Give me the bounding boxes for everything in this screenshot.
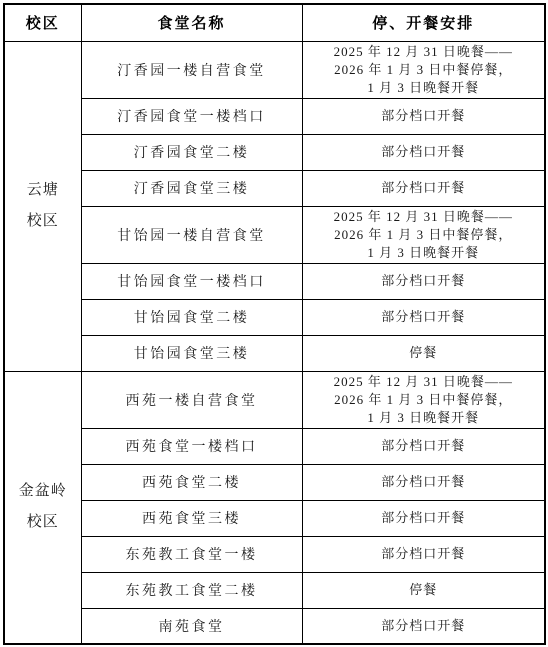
schedule-text: 2025 年 12 月 31 日晚餐——: [303, 43, 545, 61]
schedule-text: 部分档口开餐: [303, 107, 545, 125]
canteen-name: 汀香园食堂二楼: [81, 134, 302, 170]
canteen-name: 东苑教工食堂二楼: [81, 572, 302, 608]
table-row: 东苑教工食堂一楼 部分档口开餐: [4, 536, 545, 572]
canteen-name: 甘饴园食堂二楼: [81, 299, 302, 335]
campus-name-line: 校区: [5, 507, 81, 538]
canteen-name: 西苑食堂二楼: [81, 464, 302, 500]
canteen-schedule-table: 校区 食堂名称 停、开餐安排 云塘 校区 汀香园一楼自营食堂 2025 年 12…: [3, 3, 546, 645]
schedule-text: 部分档口开餐: [303, 509, 545, 527]
table-row: 甘饴园一楼自营食堂 2025 年 12 月 31 日晚餐—— 2026 年 1 …: [4, 206, 545, 263]
schedule-cell: 停餐: [302, 572, 545, 608]
canteen-name: 西苑一楼自营食堂: [81, 371, 302, 428]
schedule-text: 部分档口开餐: [303, 473, 545, 491]
table-row: 汀香园食堂三楼 部分档口开餐: [4, 170, 545, 206]
schedule-text: 部分档口开餐: [303, 617, 545, 635]
canteen-name: 汀香园一楼自营食堂: [81, 41, 302, 98]
schedule-cell: 2025 年 12 月 31 日晚餐—— 2026 年 1 月 3 日中餐停餐，…: [302, 41, 545, 98]
canteen-name: 汀香园食堂三楼: [81, 170, 302, 206]
canteen-name: 西苑食堂三楼: [81, 500, 302, 536]
schedule-text: 1 月 3 日晚餐开餐: [303, 79, 545, 97]
schedule-text: 停餐: [303, 581, 545, 599]
campus-name-line: 校区: [5, 206, 81, 237]
table-row: 云塘 校区 汀香园一楼自营食堂 2025 年 12 月 31 日晚餐—— 202…: [4, 41, 545, 98]
schedule-cell: 部分档口开餐: [302, 98, 545, 134]
document-page: 校区 食堂名称 停、开餐安排 云塘 校区 汀香园一楼自营食堂 2025 年 12…: [0, 0, 548, 647]
schedule-text: 部分档口开餐: [303, 179, 545, 197]
table-row: 西苑食堂一楼档口 部分档口开餐: [4, 428, 545, 464]
table-header-row: 校区 食堂名称 停、开餐安排: [4, 4, 545, 41]
canteen-name: 东苑教工食堂一楼: [81, 536, 302, 572]
table-row: 甘饴园食堂三楼 停餐: [4, 335, 545, 371]
schedule-cell: 部分档口开餐: [302, 428, 545, 464]
table-row: 西苑食堂二楼 部分档口开餐: [4, 464, 545, 500]
schedule-text: 2026 年 1 月 3 日中餐停餐，: [303, 226, 545, 244]
canteen-name: 西苑食堂一楼档口: [81, 428, 302, 464]
schedule-cell: 部分档口开餐: [302, 134, 545, 170]
schedule-text: 1 月 3 日晚餐开餐: [303, 409, 545, 427]
canteen-name: 南苑食堂: [81, 608, 302, 644]
table-row: 西苑食堂三楼 部分档口开餐: [4, 500, 545, 536]
schedule-text: 2025 年 12 月 31 日晚餐——: [303, 208, 545, 226]
canteen-name: 汀香园食堂一楼档口: [81, 98, 302, 134]
header-canteen-name: 食堂名称: [81, 4, 302, 41]
schedule-cell: 部分档口开餐: [302, 608, 545, 644]
schedule-cell: 部分档口开餐: [302, 170, 545, 206]
schedule-cell: 停餐: [302, 335, 545, 371]
schedule-cell: 2025 年 12 月 31 日晚餐—— 2026 年 1 月 3 日中餐停餐，…: [302, 206, 545, 263]
schedule-text: 部分档口开餐: [303, 545, 545, 563]
schedule-cell: 部分档口开餐: [302, 263, 545, 299]
schedule-text: 部分档口开餐: [303, 308, 545, 326]
campus-cell-jinpenling: 金盆岭 校区: [4, 371, 81, 644]
schedule-cell: 部分档口开餐: [302, 299, 545, 335]
header-meal-arrangement: 停、开餐安排: [302, 4, 545, 41]
schedule-cell: 2025 年 12 月 31 日晚餐—— 2026 年 1 月 3 日中餐停餐，…: [302, 371, 545, 428]
canteen-name: 甘饴园食堂三楼: [81, 335, 302, 371]
schedule-text: 部分档口开餐: [303, 437, 545, 455]
table-row: 汀香园食堂二楼 部分档口开餐: [4, 134, 545, 170]
schedule-cell: 部分档口开餐: [302, 536, 545, 572]
schedule-text: 2025 年 12 月 31 日晚餐——: [303, 373, 545, 391]
canteen-name: 甘饴园食堂一楼档口: [81, 263, 302, 299]
schedule-text: 2026 年 1 月 3 日中餐停餐，: [303, 391, 545, 409]
table-row: 南苑食堂 部分档口开餐: [4, 608, 545, 644]
header-campus: 校区: [4, 4, 81, 41]
schedule-text: 2026 年 1 月 3 日中餐停餐，: [303, 61, 545, 79]
table-row: 汀香园食堂一楼档口 部分档口开餐: [4, 98, 545, 134]
table-row: 东苑教工食堂二楼 停餐: [4, 572, 545, 608]
schedule-cell: 部分档口开餐: [302, 500, 545, 536]
schedule-text: 1 月 3 日晚餐开餐: [303, 244, 545, 262]
table-row: 甘饴园食堂二楼 部分档口开餐: [4, 299, 545, 335]
campus-name-line: 金盆岭: [5, 476, 81, 507]
schedule-cell: 部分档口开餐: [302, 464, 545, 500]
schedule-text: 部分档口开餐: [303, 143, 545, 161]
schedule-text: 停餐: [303, 344, 545, 362]
canteen-name: 甘饴园一楼自营食堂: [81, 206, 302, 263]
campus-cell-yuntang: 云塘 校区: [4, 41, 81, 371]
schedule-text: 部分档口开餐: [303, 272, 545, 290]
table-row: 甘饴园食堂一楼档口 部分档口开餐: [4, 263, 545, 299]
campus-name-line: 云塘: [5, 175, 81, 206]
table-row: 金盆岭 校区 西苑一楼自营食堂 2025 年 12 月 31 日晚餐—— 202…: [4, 371, 545, 428]
